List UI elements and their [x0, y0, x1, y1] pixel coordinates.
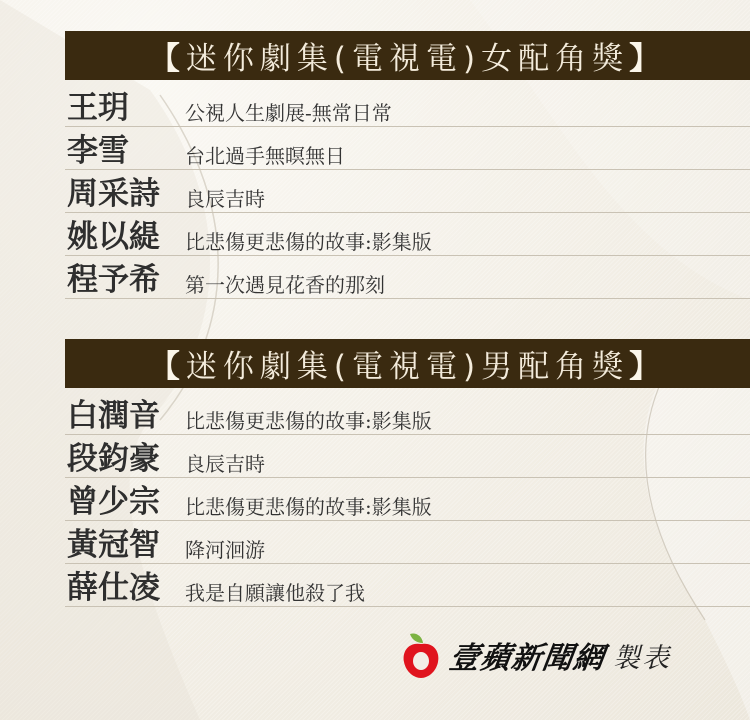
- close-bracket: 】: [629, 341, 666, 386]
- credit-suffix: 製表: [613, 636, 671, 675]
- nominee-row: 薛仕凌 我是自願讓他殺了我: [65, 564, 750, 607]
- close-bracket: 】: [629, 33, 666, 78]
- nominee-row: 李雪 台北過手無暝無日: [65, 127, 750, 170]
- open-bracket: 【: [149, 341, 186, 386]
- nominee-work: 比悲傷更悲傷的故事:影集版: [185, 411, 432, 431]
- nominee-name: 段鈞豪: [67, 444, 160, 475]
- nominee-work: 降河洄游: [185, 540, 265, 560]
- nominee-name: 黃冠智: [67, 530, 160, 561]
- apple-logo-icon: [400, 630, 444, 680]
- banner-title: 迷你劇集(電視電)男配角獎: [186, 341, 629, 386]
- nominee-row: 周采詩 良辰吉時: [65, 170, 750, 213]
- nominee-row: 曾少宗 比悲傷更悲傷的故事:影集版: [65, 478, 750, 521]
- nominee-work: 我是自願讓他殺了我: [185, 583, 365, 603]
- nominee-work: 比悲傷更悲傷的故事:影集版: [185, 497, 432, 517]
- nominee-name: 姚以緹: [67, 222, 160, 253]
- nominee-name: 白潤音: [67, 401, 160, 432]
- brand-name: 壹蘋新聞網: [447, 633, 608, 677]
- nominee-work: 比悲傷更悲傷的故事:影集版: [185, 232, 432, 252]
- banner-title: 迷你劇集(電視電)女配角獎: [186, 33, 629, 78]
- nominee-list-supporting-actor: 白潤音 比悲傷更悲傷的故事:影集版 段鈞豪 良辰吉時 曾少宗 比悲傷更悲傷的故事…: [65, 392, 750, 607]
- nominee-work: 第一次遇見花香的那刻: [185, 275, 385, 295]
- nominee-row: 段鈞豪 良辰吉時: [65, 435, 750, 478]
- nominee-name: 李雪: [67, 136, 129, 167]
- nominee-work: 台北過手無暝無日: [185, 146, 345, 166]
- nominee-name: 王玥: [67, 93, 129, 124]
- section-banner-supporting-actress: 【 迷你劇集(電視電)女配角獎 】: [65, 31, 750, 80]
- footer-credit: 壹蘋新聞網 製表: [400, 630, 671, 680]
- nominee-name: 程予希: [67, 265, 160, 296]
- nominee-work: 良辰吉時: [185, 189, 265, 209]
- section-banner-supporting-actor: 【 迷你劇集(電視電)男配角獎 】: [65, 339, 750, 388]
- nominee-row: 程予希 第一次遇見花香的那刻: [65, 256, 750, 299]
- nominee-name: 曾少宗: [67, 487, 160, 518]
- nominee-list-supporting-actress: 王玥 公視人生劇展-無常日常 李雪 台北過手無暝無日 周采詩 良辰吉時 姚以緹 …: [65, 84, 750, 299]
- nominee-name: 周采詩: [67, 179, 160, 210]
- nominee-work: 良辰吉時: [185, 454, 265, 474]
- nominee-row: 白潤音 比悲傷更悲傷的故事:影集版: [65, 392, 750, 435]
- nominee-name: 薛仕凌: [67, 573, 160, 604]
- nominee-row: 黃冠智 降河洄游: [65, 521, 750, 564]
- nominee-row: 王玥 公視人生劇展-無常日常: [65, 84, 750, 127]
- nominee-row: 姚以緹 比悲傷更悲傷的故事:影集版: [65, 213, 750, 256]
- nominee-work: 公視人生劇展-無常日常: [185, 103, 392, 123]
- open-bracket: 【: [149, 33, 186, 78]
